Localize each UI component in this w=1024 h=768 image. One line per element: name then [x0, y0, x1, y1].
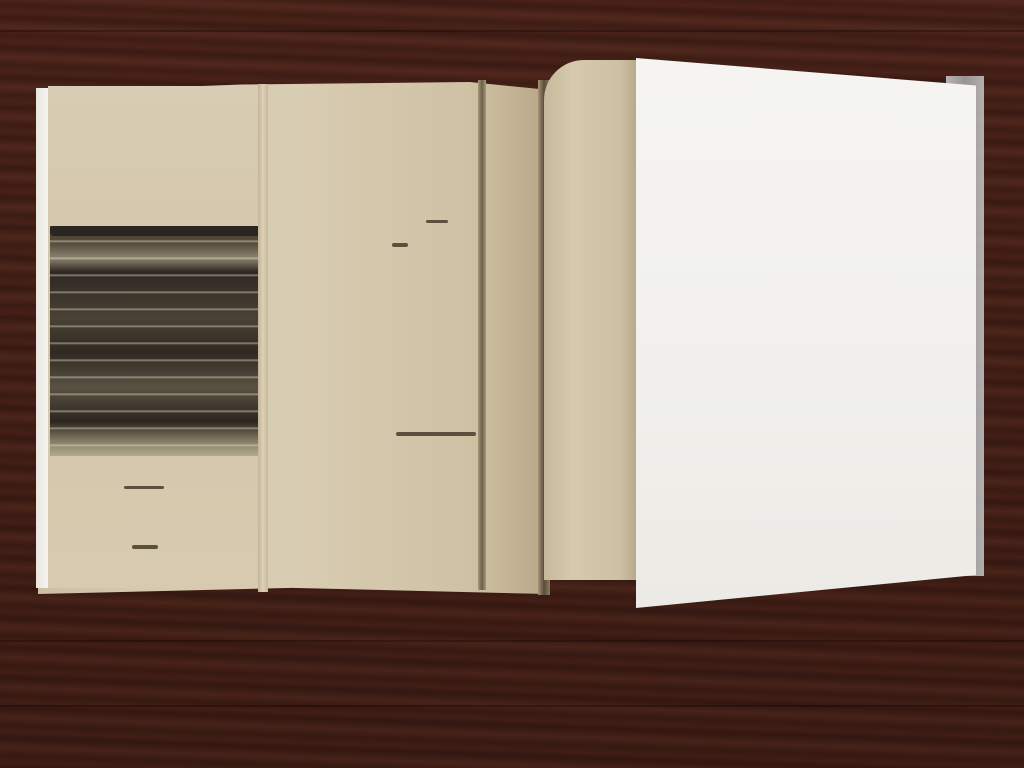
right-page-strip — [544, 60, 640, 580]
panel-seam — [258, 84, 268, 592]
wood-grain — [0, 705, 1024, 707]
stain-mark — [132, 545, 158, 549]
print-top-band — [50, 226, 266, 236]
stain-mark — [124, 486, 164, 489]
panel-fold — [478, 80, 486, 590]
striped-print-image — [50, 226, 266, 456]
wood-grain — [0, 640, 1024, 642]
stain-mark — [392, 243, 408, 247]
stain-mark — [396, 432, 476, 436]
wood-grain — [0, 30, 1024, 32]
page-edges — [36, 88, 48, 588]
stain-mark — [426, 220, 448, 223]
right-blank-page — [636, 58, 976, 608]
